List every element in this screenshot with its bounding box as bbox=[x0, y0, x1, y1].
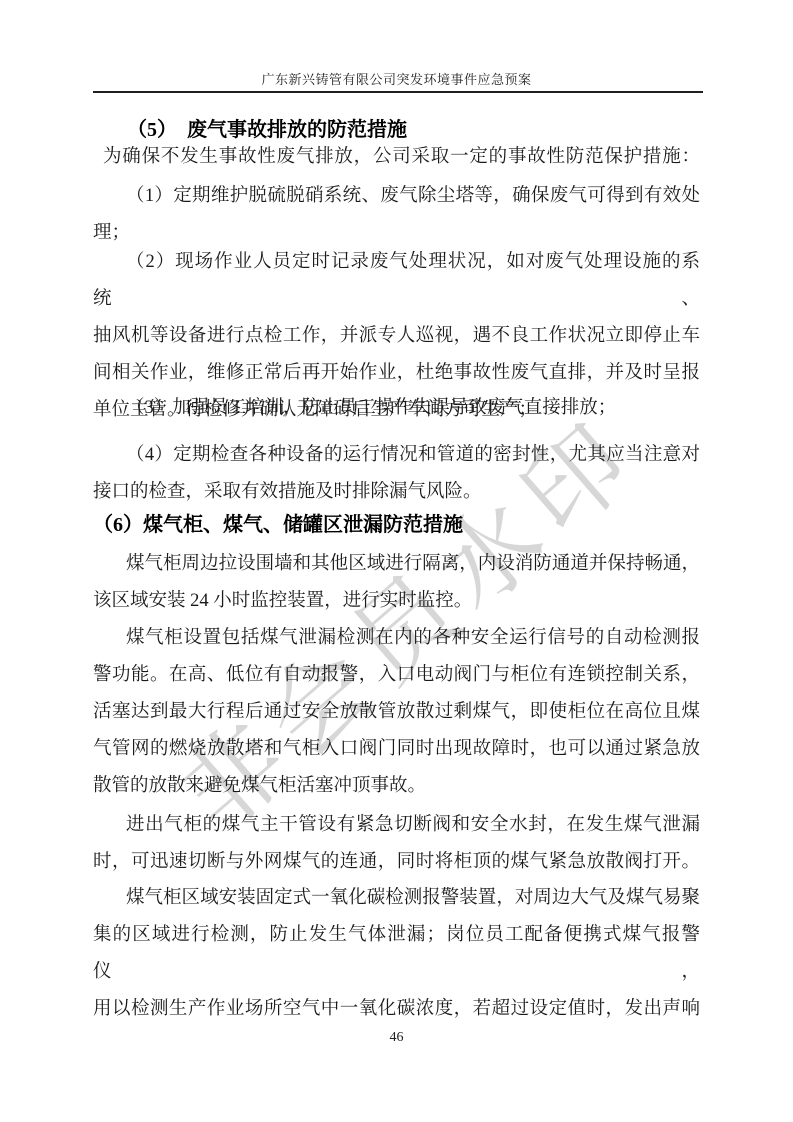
text-line: 散管的放散来避免煤气柜活塞冲顶事故。 bbox=[93, 768, 700, 805]
text-line: （4）定期检查各种设备的运行情况和管道的密封性，尤其应当注意对 bbox=[93, 437, 700, 474]
document-page: 非会员水印 广东新兴铸管有限公司突发环境事件应急预案 （5） 废气事故排放的防范… bbox=[0, 0, 793, 1122]
text-line: 警功能。在高、低位有自动报警，入口电动阀门与柜位有连锁控制关系， bbox=[93, 657, 700, 694]
text-line: 煤气柜区域安装固定式一氧化碳检测报警装置，对周边大气及煤气易聚 bbox=[93, 880, 700, 917]
text-line: 进出气柜的煤气主干管设有紧急切断阀和安全水封，在发生煤气泄漏 bbox=[93, 807, 700, 844]
paragraph: （3）加强员工培训，防止员工操作失误导致废气直接排放； bbox=[93, 390, 700, 427]
text-line: （6）煤气柜、煤气、储罐区泄漏防范措施 bbox=[93, 507, 700, 544]
text-line: 气管网的燃烧放散塔和气柜入口阀门同时出现故障时，也可以通过紧急放 bbox=[93, 731, 700, 768]
text-line: 该区域安装 24 小时监控装置，进行实时监控。 bbox=[93, 583, 700, 620]
text-line: 用以检测生产作业场所空气中一氧化碳浓度，若超过设定值时，发出声响 bbox=[93, 991, 700, 1028]
paragraph: 煤气柜设置包括煤气泄漏检测在内的各种安全运行信号的自动检测报警功能。在高、低位有… bbox=[93, 620, 700, 805]
text-line: 时，可迅速切断与外网煤气的连通，同时将柜顶的煤气紧急放散阀打开。 bbox=[93, 844, 700, 881]
text-line: 为确保不发生事故性废气排放，公司采取一定的事故性防范保护措施： bbox=[93, 139, 700, 176]
text-line: 间相关作业，维修正常后再开始作业，杜绝事故性废气直排，并及时呈报 bbox=[93, 355, 700, 392]
paragraph: 进出气柜的煤气主干管设有紧急切断阀和安全水封，在发生煤气泄漏时，可迅速切断与外网… bbox=[93, 807, 700, 881]
text-line: 活塞达到最大行程后通过安全放散管放散过剩煤气，即使柜位在高位且煤 bbox=[93, 694, 700, 731]
paragraph: 煤气柜周边拉设围墙和其他区域进行隔离，内设消防通道并保持畅通，该区域安装 24 … bbox=[93, 546, 700, 620]
text-line: 煤气柜周边拉设围墙和其他区域进行隔离，内设消防通道并保持畅通， bbox=[93, 546, 700, 583]
paragraph: 煤气柜区域安装固定式一氧化碳检测报警装置，对周边大气及煤气易聚集的区域进行检测，… bbox=[93, 880, 700, 1028]
paragraph: 为确保不发生事故性废气排放，公司采取一定的事故性防范保护措施： bbox=[93, 139, 700, 176]
document-body: （5） 废气事故排放的防范措施为确保不发生事故性废气排放，公司采取一定的事故性防… bbox=[0, 0, 793, 1122]
text-line: （1）定期维护脱硫脱硝系统、废气除尘塔等，确保废气可得到有效处 bbox=[93, 178, 700, 215]
text-line: 煤气柜设置包括煤气泄漏检测在内的各种安全运行信号的自动检测报 bbox=[93, 620, 700, 657]
paragraph: （4）定期检查各种设备的运行情况和管道的密封性，尤其应当注意对接口的检查，采取有… bbox=[93, 437, 700, 511]
text-line: 集的区域进行检测，防止发生气体泄漏；岗位员工配备便携式煤气报警仪， bbox=[93, 917, 700, 991]
text-line: 抽风机等设备进行点检工作，并派专人巡视，遇不良工作状况立即停止车 bbox=[93, 318, 700, 355]
section-heading: （6）煤气柜、煤气、储罐区泄漏防范措施 bbox=[93, 507, 700, 544]
text-line: （3）加强员工培训，防止员工操作失误导致废气直接排放； bbox=[93, 390, 700, 427]
text-line: 接口的检查，采取有效措施及时排除漏气风险。 bbox=[93, 474, 700, 511]
paragraph: （1）定期维护脱硫脱硝系统、废气除尘塔等，确保废气可得到有效处理； bbox=[93, 178, 700, 252]
text-line: （2）现场作业人员定时记录废气处理状况，如对废气处理设施的系统、 bbox=[93, 244, 700, 318]
